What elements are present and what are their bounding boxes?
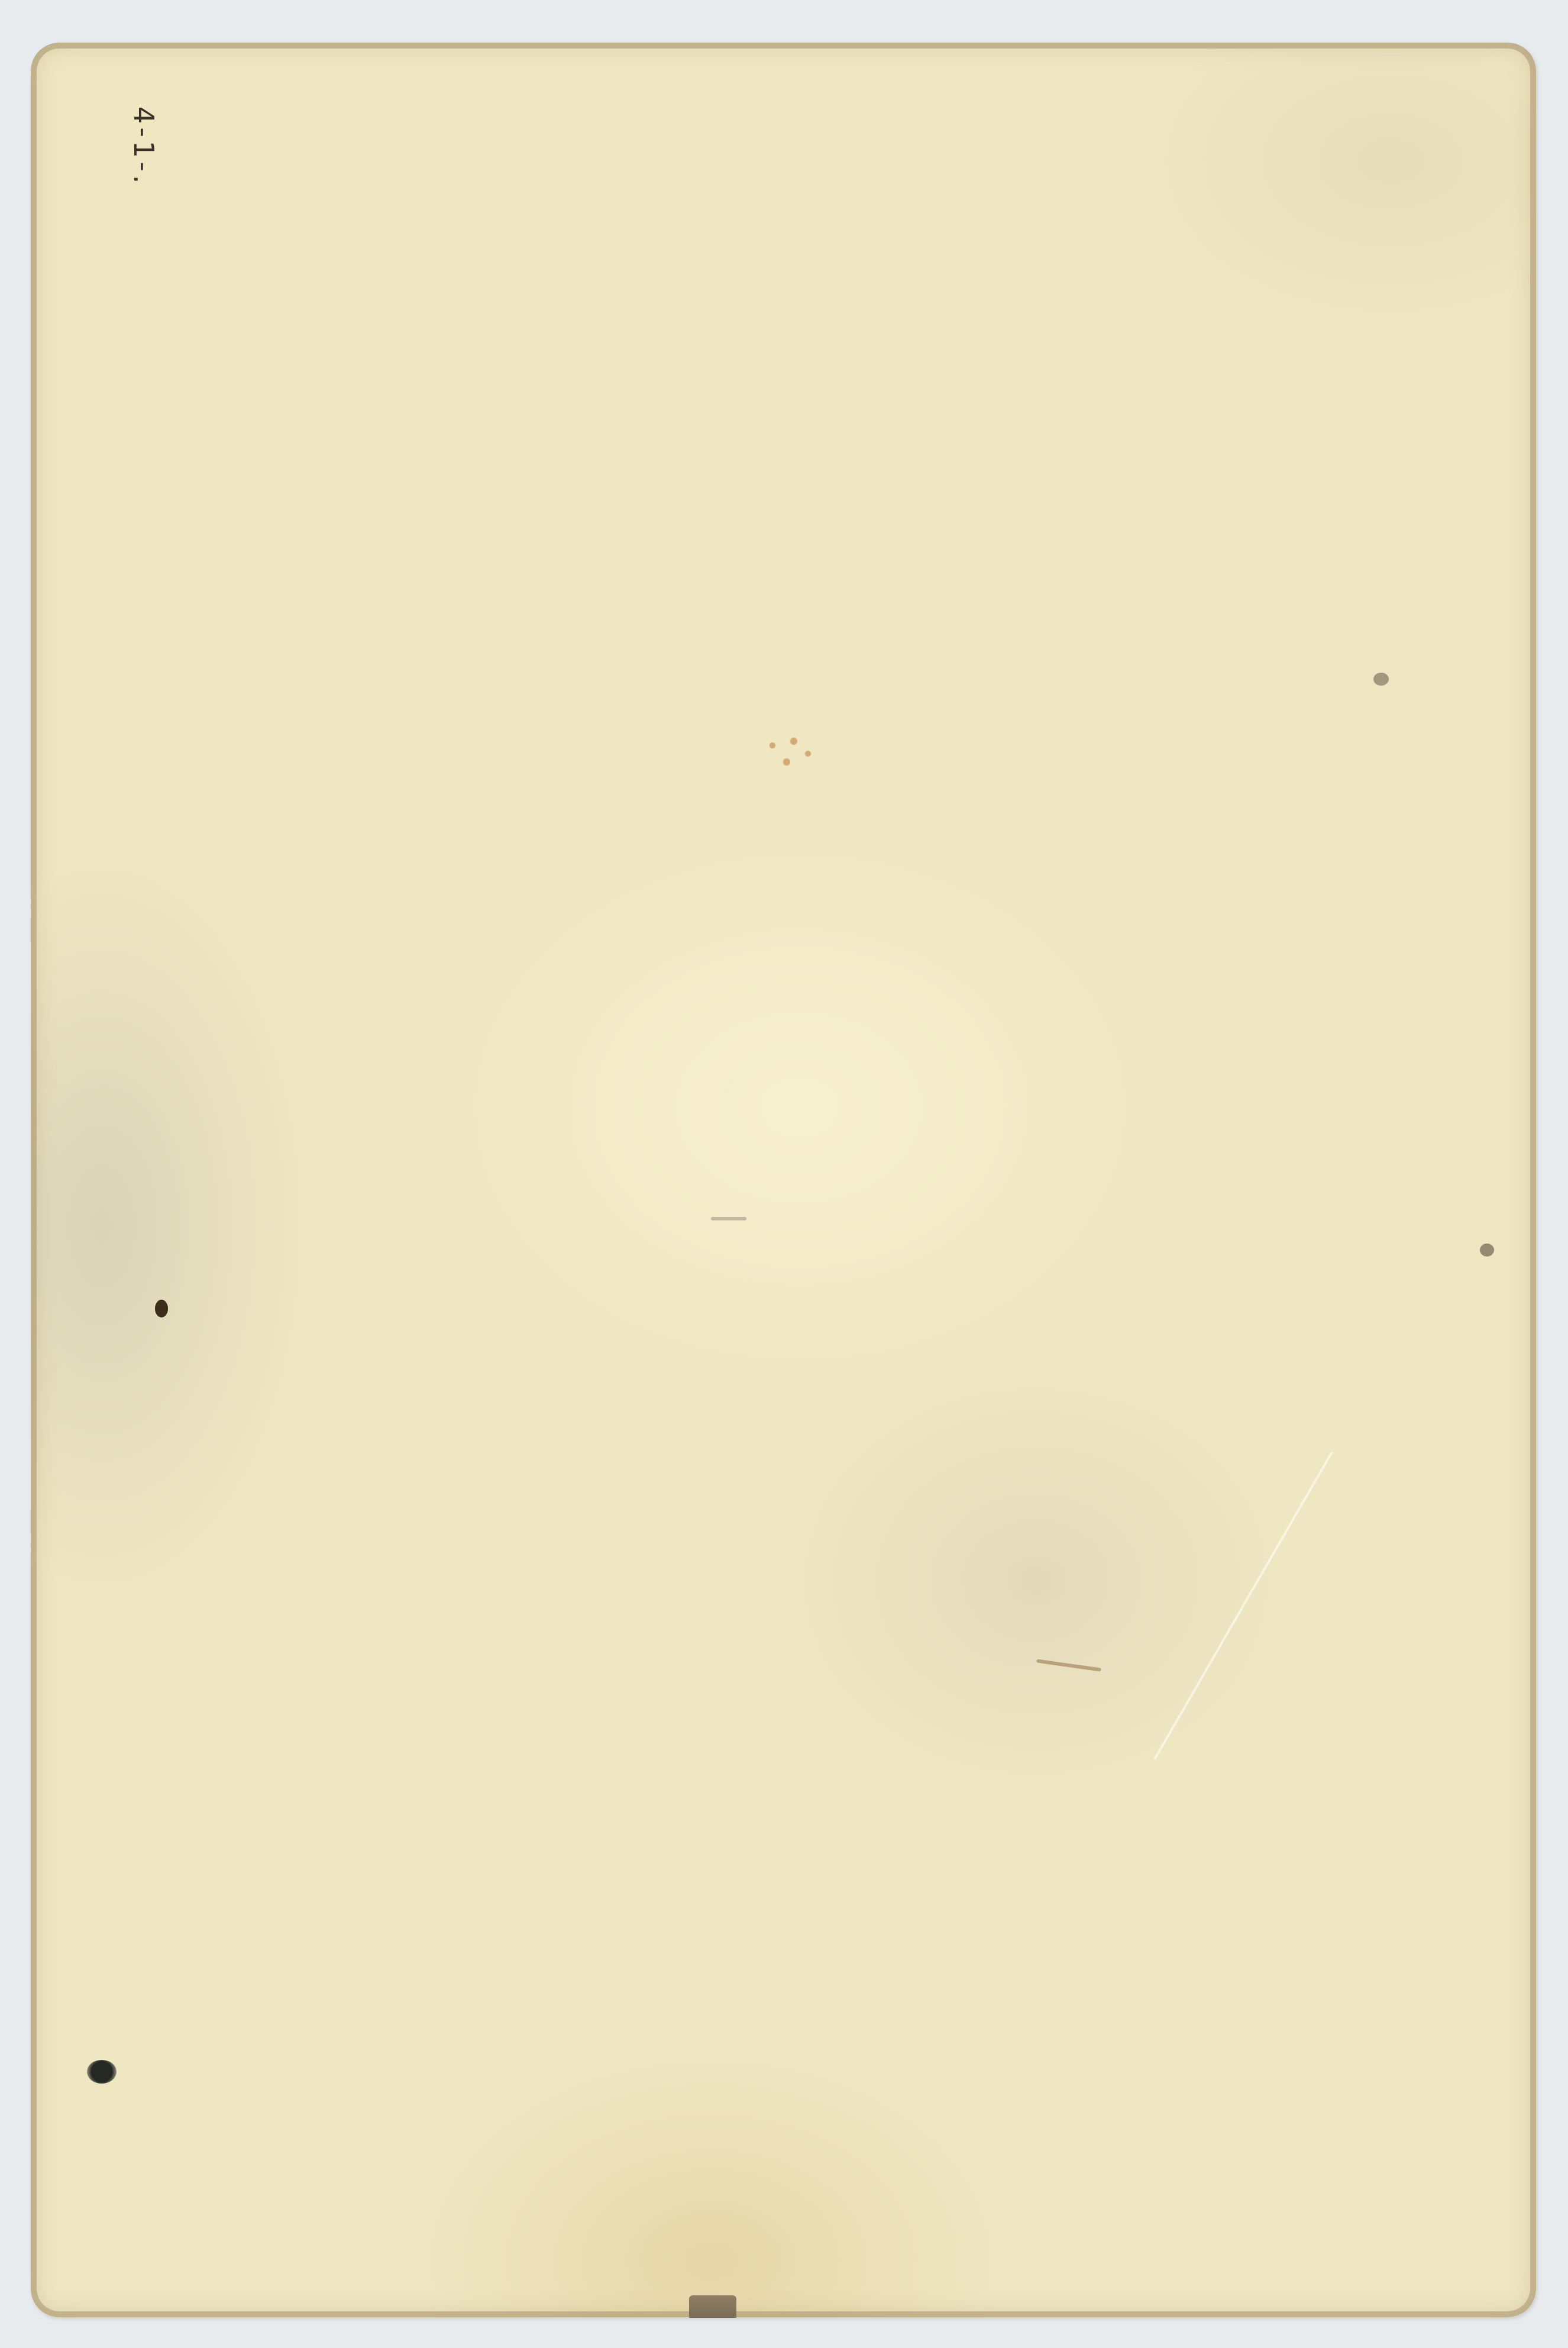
foxing-spots: [758, 729, 829, 770]
stain-spot: [1480, 1244, 1494, 1257]
stain-spot: [155, 1300, 168, 1317]
stain-spot: [1373, 673, 1389, 686]
handwritten-pencil-note: 4-1-.: [128, 106, 160, 187]
card-back: 4-1-.: [31, 43, 1536, 2317]
stain-streak: [1036, 1659, 1101, 1671]
paper-crease: [1153, 1451, 1333, 1760]
ink-blot: [87, 2060, 117, 2084]
stain-streak: [711, 1217, 746, 1220]
edge-notch: [689, 2295, 736, 2318]
